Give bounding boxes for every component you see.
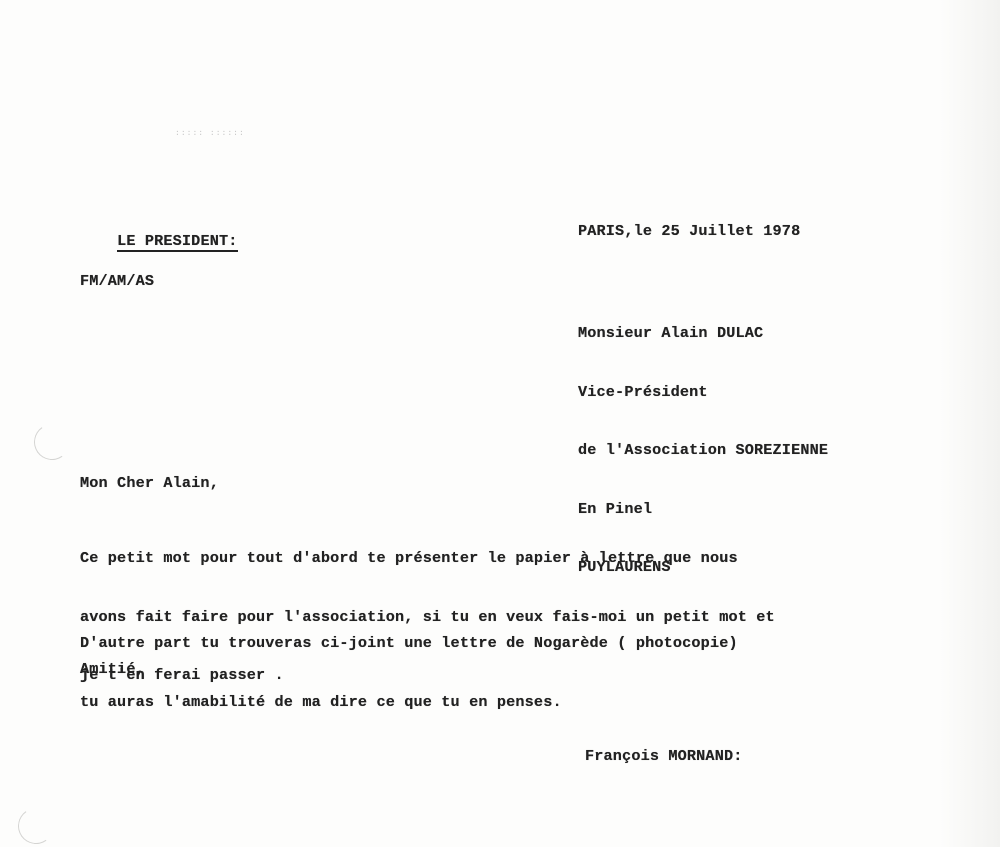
recipient-line: de l'Association SOREZIENNE	[578, 441, 828, 461]
signature: François MORNAND:	[585, 747, 743, 767]
body-line: Ce petit mot pour tout d'abord te présen…	[80, 549, 775, 569]
body-paragraph-2: D'autre part tu trouveras ci-joint une l…	[80, 595, 738, 751]
sender-title: LE PRESIDENT:	[117, 232, 237, 252]
reference-code: FM/AM/AS	[80, 272, 238, 292]
recipient-line: Monsieur Alain DULAC	[578, 324, 828, 344]
sender-reference: LE PRESIDENT: FM/AM/AS	[80, 212, 238, 331]
body-line: D'autre part tu trouveras ci-joint une l…	[80, 634, 738, 654]
bleed-through-marks: ::::: ::::::	[175, 128, 245, 137]
body-line: tu auras l'amabilité de ma dire ce que t…	[80, 693, 738, 713]
punch-hole-mark	[15, 805, 57, 847]
salutation: Mon Cher Alain,	[80, 474, 219, 494]
letter-page: ::::: :::::: LE PRESIDENT: FM/AM/AS PARI…	[0, 0, 1000, 847]
closing: Amitié,	[80, 660, 145, 680]
recipient-line: Vice-Président	[578, 383, 828, 403]
place-and-date: PARIS,le 25 Juillet 1978	[578, 222, 800, 242]
punch-hole-mark	[31, 421, 73, 463]
